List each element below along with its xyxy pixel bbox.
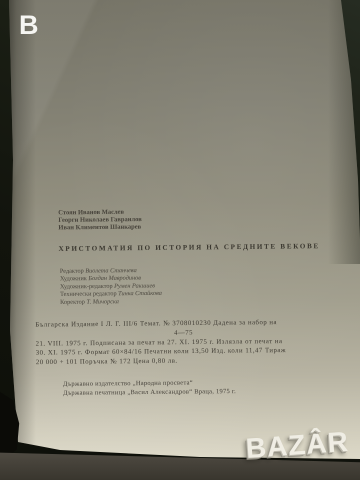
credit-role: Редактор xyxy=(60,267,84,274)
credit-name: Тинка Стайкова xyxy=(118,289,162,296)
credit-role: Технически редактор xyxy=(60,290,117,298)
book-title: ХРИСТОМАТИЯ ПО ИСТОРИЯ НА СРЕДНИТЕ ВЕКОВ… xyxy=(59,243,320,254)
corner-letter-watermark: B xyxy=(19,10,39,41)
imprint-line: 20 000 + 101 Поръчка № 172 Цена 0,80 лв. xyxy=(36,355,332,367)
credit-role: Художник xyxy=(60,275,87,282)
credit-role: Художник-редактор xyxy=(60,282,113,290)
imprint-block: Българска Издание I Л. Г. III/6 Темат. №… xyxy=(35,317,331,367)
print-layer: Стоян Иванов Маслев Георги Николаев Гавр… xyxy=(0,0,360,480)
credits-block: Редактор Виолета Станчева Художник Богда… xyxy=(60,266,162,306)
credit-role: Коректор xyxy=(60,298,85,305)
credit-name: Румен Ракшиев xyxy=(114,282,155,289)
author-line: Иван Климентов Шанкарев xyxy=(58,223,142,231)
book-page: Стоян Иванов Маслев Георги Николаев Гавр… xyxy=(0,0,360,480)
credit-name: Виолета Станчева xyxy=(85,267,136,275)
publisher-block: Държавно издателство „Народна просвета“ … xyxy=(63,378,236,397)
credit-line: Коректор Т. Мичорска xyxy=(60,297,162,306)
authors-block: Стоян Иванов Маслев Георги Николаев Гавр… xyxy=(58,208,142,231)
credit-name: Богдан Мавродинов xyxy=(88,274,141,282)
credit-name: Т. Мичорска xyxy=(86,298,119,305)
publisher-line: Държавна печатница „Васил Александров“ В… xyxy=(63,386,236,397)
